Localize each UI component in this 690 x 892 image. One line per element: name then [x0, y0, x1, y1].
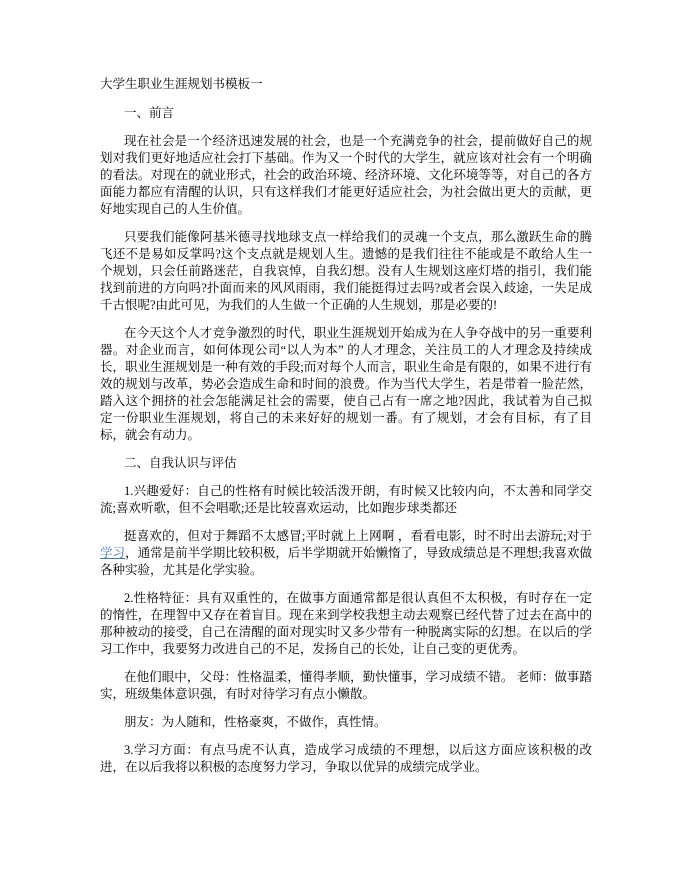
paragraph-preface-2: 只要我们能像阿基米德寻找地球支点一样给我们的灵魂一个支点，那么激跃生命的腾飞还不…: [100, 229, 592, 314]
document-title: 大学生职业生涯规划书模板一: [100, 76, 592, 93]
xuexi-hyperlink[interactable]: 学习: [100, 546, 125, 560]
paragraph-interests-2: 挺喜欢的，但对于舞蹈不太感冒;平时就上上网啊 ，看看电影，时不时出去游玩;对于学…: [100, 528, 592, 579]
paragraph-friends-view: 朋友：为人随和，性格豪爽，不做作，真性情。: [100, 714, 592, 731]
paragraph-others-view: 在他们眼中，父母：性格温柔，懂得孝顺，勤快懂事，学习成绩不错。 老师：做事踏实，…: [100, 669, 592, 703]
paragraph-preface-1: 现在社会是一个经济迅速发展的社会，也是一个充满竞争的社会，提前做好自己的规划对我…: [100, 133, 592, 218]
paragraph-interests-2-before-link: 挺喜欢的，但对于舞蹈不太感冒;平时就上上网啊 ，看看电影，时不时出去游玩;对于: [124, 529, 592, 543]
heading-self-assessment: 二、自我认识与评估: [100, 455, 592, 472]
paragraph-interests-1: 1.兴趣爱好：自己的性格有时候比较活泼开朗，有时候又比较内向，不太善和同学交流;…: [100, 483, 592, 517]
paragraph-study: 3.学习方面：有点马虎不认真，造成学习成绩的不理想，以后这方面应该积极的改进，在…: [100, 742, 592, 776]
document-page: 大学生职业生涯规划书模板一 一、前言 现在社会是一个经济迅速发展的社会，也是一个…: [0, 0, 690, 892]
paragraph-interests-2-after-link: ，通常是前半学期比较积极，后半学期就开始懒惰了，导致成绩总是不理想;我喜欢做各种…: [100, 546, 592, 577]
paragraph-preface-3: 在今天这个人才竞争激烈的时代，职业生涯规划开始成为在人争夺战中的另一重要利器。对…: [100, 325, 592, 444]
heading-preface: 一、前言: [100, 105, 592, 122]
paragraph-personality: 2.性格特征：具有双重性的，在做事方面通常都是很认真但不太积极，有时存在一定的惰…: [100, 590, 592, 658]
